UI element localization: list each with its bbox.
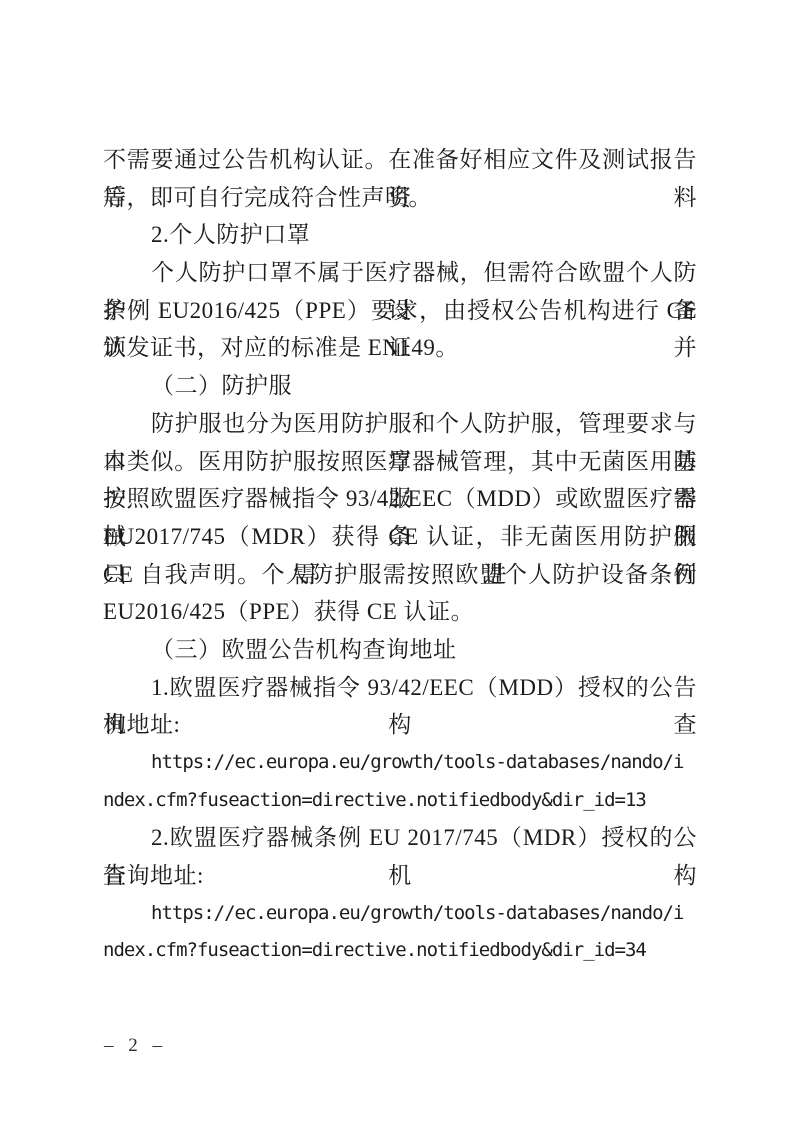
text-line: EU2017/745（MDR）获得 CE 认证，非无菌医用防护服只需进行 [103,518,697,556]
text-line: EU2016/425（PPE）获得 CE 认证。 [103,593,697,631]
text-line: 按照欧盟医疗器械指令 93/42/EEC（MDD）或欧盟医疗器械条例 [103,480,697,518]
text-line: 防护服也分为医用防护服和个人防护服，管理要求与口罩基 [103,405,697,443]
text-line: 本类似。医用防护服按照医疗器械管理，其中无菌医用防护服需 [103,443,697,481]
url-line: ndex.cfm?fuseaction=directive.notifiedbo… [103,932,697,970]
section-heading: （三）欧盟公告机构查询地址 [103,631,697,669]
section-heading: （二）防护服 [103,367,697,405]
url-line: ndex.cfm?fuseaction=directive.notifiedbo… [103,782,697,820]
text-line: 不需要通过公告机构认证。在准备好相应文件及测试报告等资料 [103,141,697,179]
document-page: 不需要通过公告机构认证。在准备好相应文件及测试报告等资料 后，即可自行完成符合性… [0,0,793,1122]
text-line: 1.欧盟医疗器械指令 93/42/EEC（MDD）授权的公告机构查 [103,669,697,707]
text-line: CE 自我声明。个人防护服需按照欧盟个人防护设备条例 [103,556,697,594]
document-body: 不需要通过公告机构认证。在准备好相应文件及测试报告等资料 后，即可自行完成符合性… [103,141,697,970]
list-item-heading: 2.个人防护口罩 [103,216,697,254]
url-line: https://ec.europa.eu/growth/tools-databa… [103,744,697,782]
url-line: https://ec.europa.eu/growth/tools-databa… [103,895,697,933]
text-line: 2.欧盟医疗器械条例 EU 2017/745（MDR）授权的公告机构 [103,819,697,857]
text-line: 个人防护口罩不属于医疗器械，但需符合欧盟个人防护设备 [103,254,697,292]
page-number: – 2 – [104,1031,167,1061]
text-line: 条例 EU2016/425（PPE）要求，由授权公告机构进行 CE 认证并 [103,292,697,330]
